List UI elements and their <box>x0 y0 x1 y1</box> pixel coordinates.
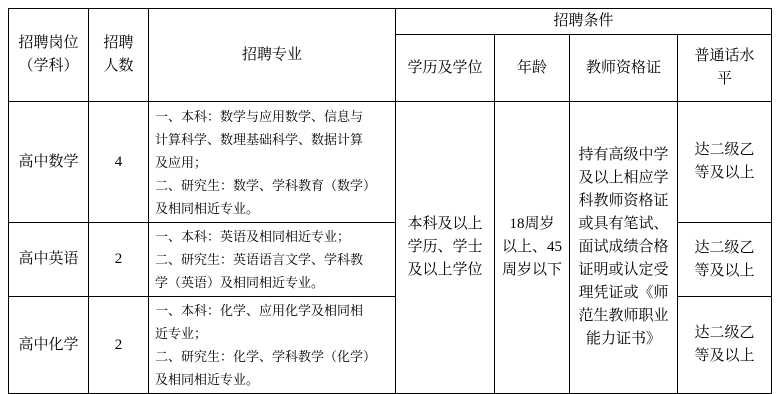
certificate-merged-cell: 持有高级中学 及以上相应学 科教师资格证 或具有笔试、 面试成绩合格 证明或认定… <box>570 102 678 390</box>
count-cell: 4 <box>89 102 149 223</box>
header-education: 学历及学位 <box>396 35 495 102</box>
position-cell: 高中数学 <box>9 102 89 223</box>
mandarin-cell: 达二级乙 等及以上 <box>678 223 772 297</box>
header-position: 招聘岗位 （学科） <box>9 9 89 102</box>
header-row-top: 招聘岗位 （学科） 招聘 人数 招聘专业 招聘条件 <box>9 9 772 35</box>
header-conditions: 招聘条件 <box>396 9 772 35</box>
position-cell: 高中英语 <box>9 223 89 297</box>
count-cell: 2 <box>89 223 149 297</box>
major-cell: 一、本科：英语及相同相近专业； 二、研究生：英语语言文学、学科教 学（英语）及相… <box>149 223 396 297</box>
age-merged-cell: 18周岁 以上、45 周岁以下 <box>495 102 570 390</box>
table-row-math: 高中数学 4 一、本科：数学与应用数学、信息与 计算科学、数理基础科学、数据计算… <box>9 102 772 223</box>
mandarin-cell: 达二级乙 等及以上 <box>678 102 772 223</box>
position-cell: 高中化学 <box>9 297 89 390</box>
mandarin-cell: 达二级乙 等及以上 <box>678 297 772 390</box>
count-cell: 2 <box>89 297 149 390</box>
education-merged-cell: 本科及以上 学历、学士 及以上学位 <box>396 102 495 390</box>
header-certificate: 教师资格证 <box>570 35 678 102</box>
header-count: 招聘 人数 <box>89 9 149 102</box>
major-cell: 一、本科：数学与应用数学、信息与 计算科学、数理基础科学、数据计算 及应用； 二… <box>149 102 396 223</box>
header-major: 招聘专业 <box>149 9 396 102</box>
header-mandarin: 普通话水 平 <box>678 35 772 102</box>
major-cell: 一、本科：化学、应用化学及相同相 近专业； 二、研究生：化学、学科教学（化学） … <box>149 297 396 390</box>
header-age: 年龄 <box>495 35 570 102</box>
recruitment-table: 招聘岗位 （学科） 招聘 人数 招聘专业 招聘条件 学历及学位 年龄 教师资格证… <box>8 8 772 389</box>
